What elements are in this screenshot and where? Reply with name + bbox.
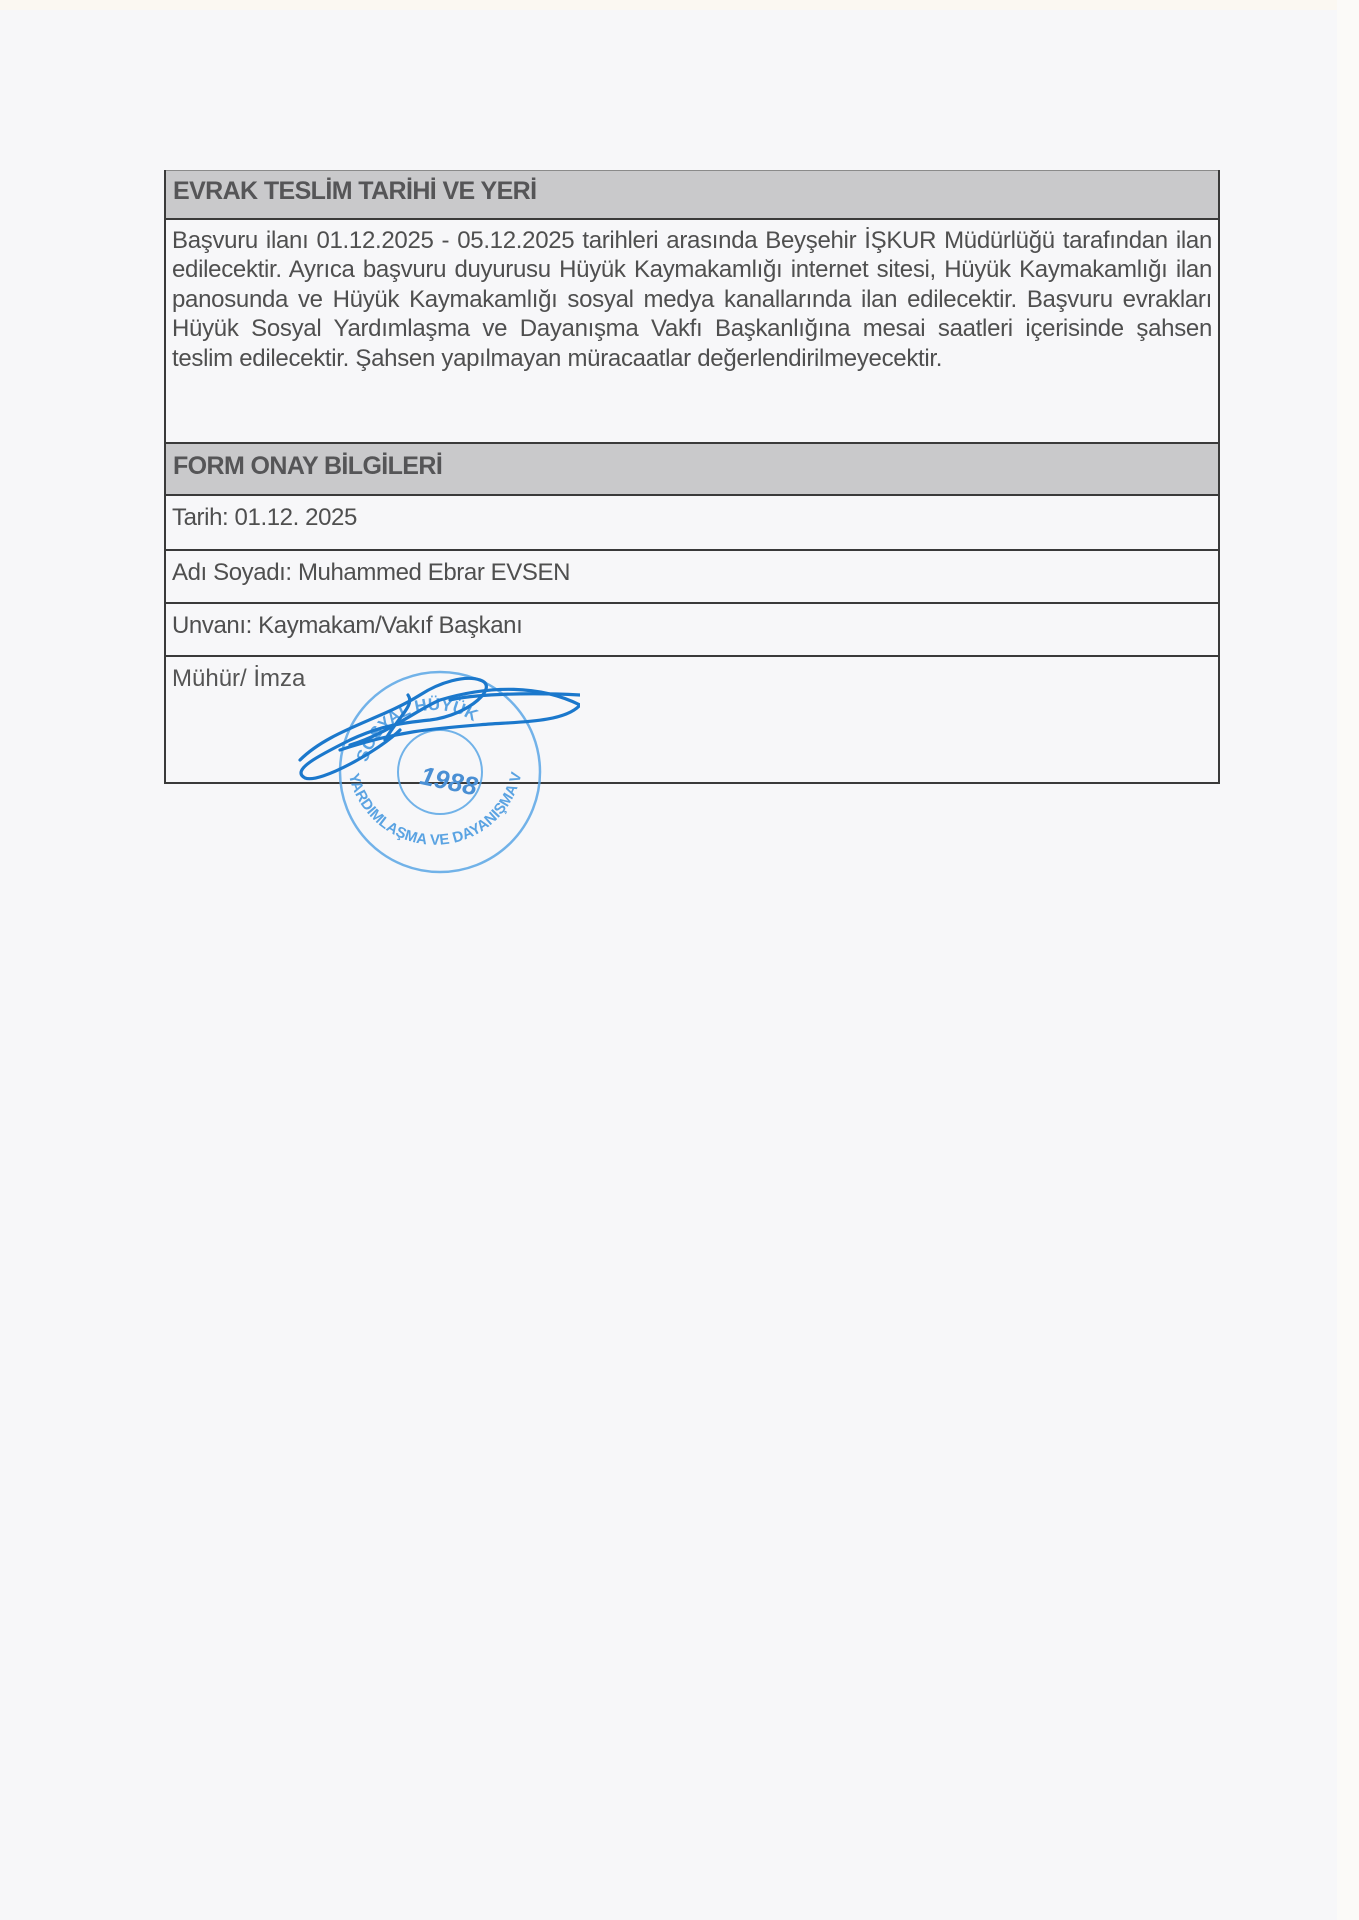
form-table: EVRAK TESLİM TARİHİ VE YERİ Başvuru ilan… [164, 170, 1220, 784]
seal-signature-label: Mühür/ İmza [172, 665, 305, 692]
approval-title: Unvanı: Kaymakam/Vakıf Başkanı [166, 602, 1218, 655]
section-header-form-approval: FORM ONAY BİLGİLERİ [166, 442, 1218, 496]
document-submission-text: Başvuru ilanı 01.12.2025 - 05.12.2025 ta… [166, 220, 1218, 442]
approval-date: Tarih: 01.12. 2025 [166, 496, 1218, 549]
approval-name: Adı Soyadı: Muhammed Ebrar EVSEN [166, 549, 1218, 602]
seal-signature-field: Mühür/ İmza [166, 655, 1218, 782]
scan-right-edge [1337, 0, 1359, 1920]
scan-top-edge [0, 0, 1359, 10]
section-header-document-submission: EVRAK TESLİM TARİHİ VE YERİ [166, 170, 1218, 220]
